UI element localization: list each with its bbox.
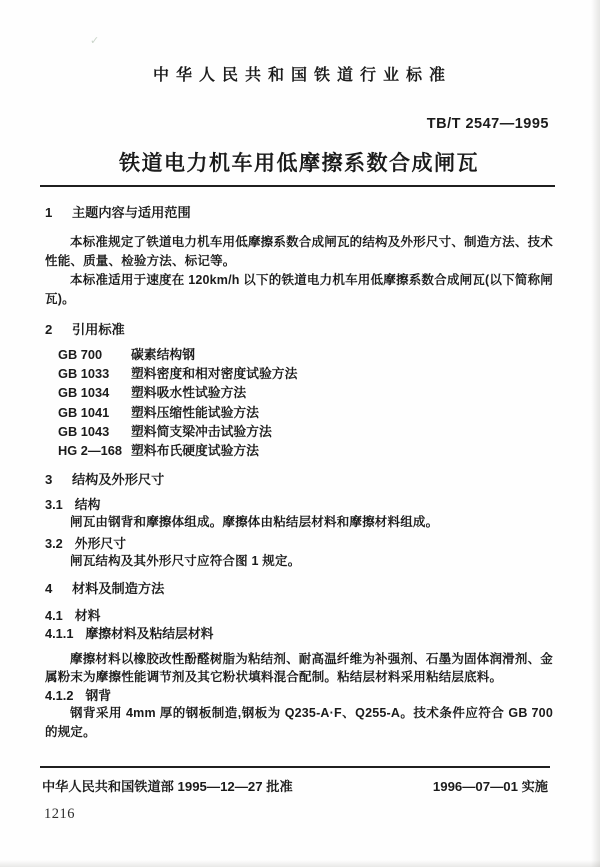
section-4-1-1-paragraph: 摩擦材料以橡胶改性酚醛树脂为粘结剂、耐高温纤维为补强剂、石墨为固体润滑剂、金属粉…: [45, 650, 553, 686]
reference-item: GB 700 碳素结构钢: [58, 345, 553, 364]
section-2-title: 引用标准: [72, 321, 125, 338]
section-3-2-number: 3.2: [45, 535, 63, 552]
section-2-number: 2: [45, 321, 60, 338]
approval-note: 中华人民共和国铁道部 1995—12—27 批准: [42, 779, 293, 795]
reference-name: 塑料压缩性能试验方法: [131, 403, 259, 422]
section-1-heading: 1 主题内容与适用范围: [45, 204, 553, 221]
section-3-2-paragraph: 闸瓦结构及其外形尺寸应符合图 1 规定。: [45, 552, 553, 571]
header-rule: [40, 185, 555, 187]
reference-item: HG 2—168 塑料布氏硬度试验方法: [58, 441, 553, 460]
reference-item: GB 1034 塑料吸水性试验方法: [58, 383, 553, 402]
page-number: 1216: [44, 806, 75, 823]
reference-name: 碳素结构钢: [131, 345, 195, 364]
document-title: 铁道电力机车用低摩擦系数合成闸瓦: [45, 151, 553, 177]
section-4-1-number: 4.1: [45, 607, 63, 624]
section-3-1-heading: 3.1 结构: [45, 496, 553, 513]
reference-code: GB 1034: [58, 383, 131, 402]
section-4-1-title: 材料: [75, 607, 101, 624]
section-4-1-1-title: 摩擦材料及粘结层材料: [85, 625, 213, 642]
standard-authority-line: 中华人民共和国铁道行业标准: [45, 66, 553, 86]
section-4-number: 4: [45, 580, 60, 597]
section-3-2-title: 外形尺寸: [75, 535, 126, 552]
section-1-paragraph-1: 本标准规定了铁道电力机车用低摩擦系数合成闸瓦的结构及外形尺寸、制造方法、技术性能…: [45, 233, 553, 271]
section-3-2-heading: 3.2 外形尺寸: [45, 535, 553, 552]
section-4-1-1-heading: 4.1.1 摩擦材料及粘结层材料: [45, 625, 553, 642]
reference-code: GB 1041: [58, 403, 131, 422]
section-2-heading: 2 引用标准: [45, 321, 553, 338]
footer: 中华人民共和国铁道部 1995—12—27 批准 1996—07—01 实施: [42, 779, 548, 795]
section-1-paragraph-2: 本标准适用于速度在 120km/h 以下的铁道电力机车用低摩擦系数合成闸瓦(以下…: [45, 271, 553, 309]
document-content: 中华人民共和国铁道行业标准 TB/T 2547—1995 铁道电力机车用低摩擦系…: [45, 0, 553, 742]
section-4-heading: 4 材料及制造方法: [45, 580, 553, 597]
footer-rule: [40, 766, 550, 768]
section-3-1-title: 结构: [75, 496, 101, 513]
section-4-title: 材料及制造方法: [72, 580, 164, 597]
section-3-1-number: 3.1: [45, 496, 63, 513]
reference-item: GB 1033 塑料密度和相对密度试验方法: [58, 364, 553, 383]
reference-code: GB 1033: [58, 364, 131, 383]
reference-name: 塑料布氏硬度试验方法: [131, 441, 259, 460]
standard-code: TB/T 2547—1995: [45, 116, 553, 132]
reference-name: 塑料密度和相对密度试验方法: [131, 364, 297, 383]
reference-code: GB 1043: [58, 422, 131, 441]
section-4-1-1-number: 4.1.1: [45, 625, 73, 642]
section-4-1-2-title: 钢背: [85, 687, 111, 704]
reference-name: 塑料吸水性试验方法: [131, 383, 246, 402]
section-4-1-2-paragraph: 钢背采用 4mm 厚的钢板制造,钢板为 Q235-A·F、Q255-A。技术条件…: [45, 704, 553, 742]
reference-code: GB 700: [58, 345, 131, 364]
section-3-1-paragraph: 闸瓦由钢背和摩擦体组成。摩擦体由粘结层材料和摩擦材料组成。: [45, 513, 553, 532]
section-1-number: 1: [45, 204, 60, 221]
section-3-title: 结构及外形尺寸: [72, 471, 164, 488]
document-page: ✓ 中华人民共和国铁道行业标准 TB/T 2547—1995 铁道电力机车用低摩…: [0, 0, 600, 867]
section-4-1-heading: 4.1 材料: [45, 607, 553, 624]
section-4-1-2-number: 4.1.2: [45, 687, 73, 704]
section-3-heading: 3 结构及外形尺寸: [45, 471, 553, 488]
implementation-note: 1996—07—01 实施: [433, 779, 548, 795]
section-1-title: 主题内容与适用范围: [72, 204, 191, 221]
section-3-number: 3: [45, 471, 60, 488]
reference-list: GB 700 碳素结构钢 GB 1033 塑料密度和相对密度试验方法 GB 10…: [58, 345, 553, 460]
reference-item: GB 1041 塑料压缩性能试验方法: [58, 403, 553, 422]
reference-item: GB 1043 塑料简支梁冲击试验方法: [58, 422, 553, 441]
reference-name: 塑料简支梁冲击试验方法: [131, 422, 272, 441]
section-4-1-2-heading: 4.1.2 钢背: [45, 687, 553, 704]
reference-code: HG 2—168: [58, 441, 131, 460]
